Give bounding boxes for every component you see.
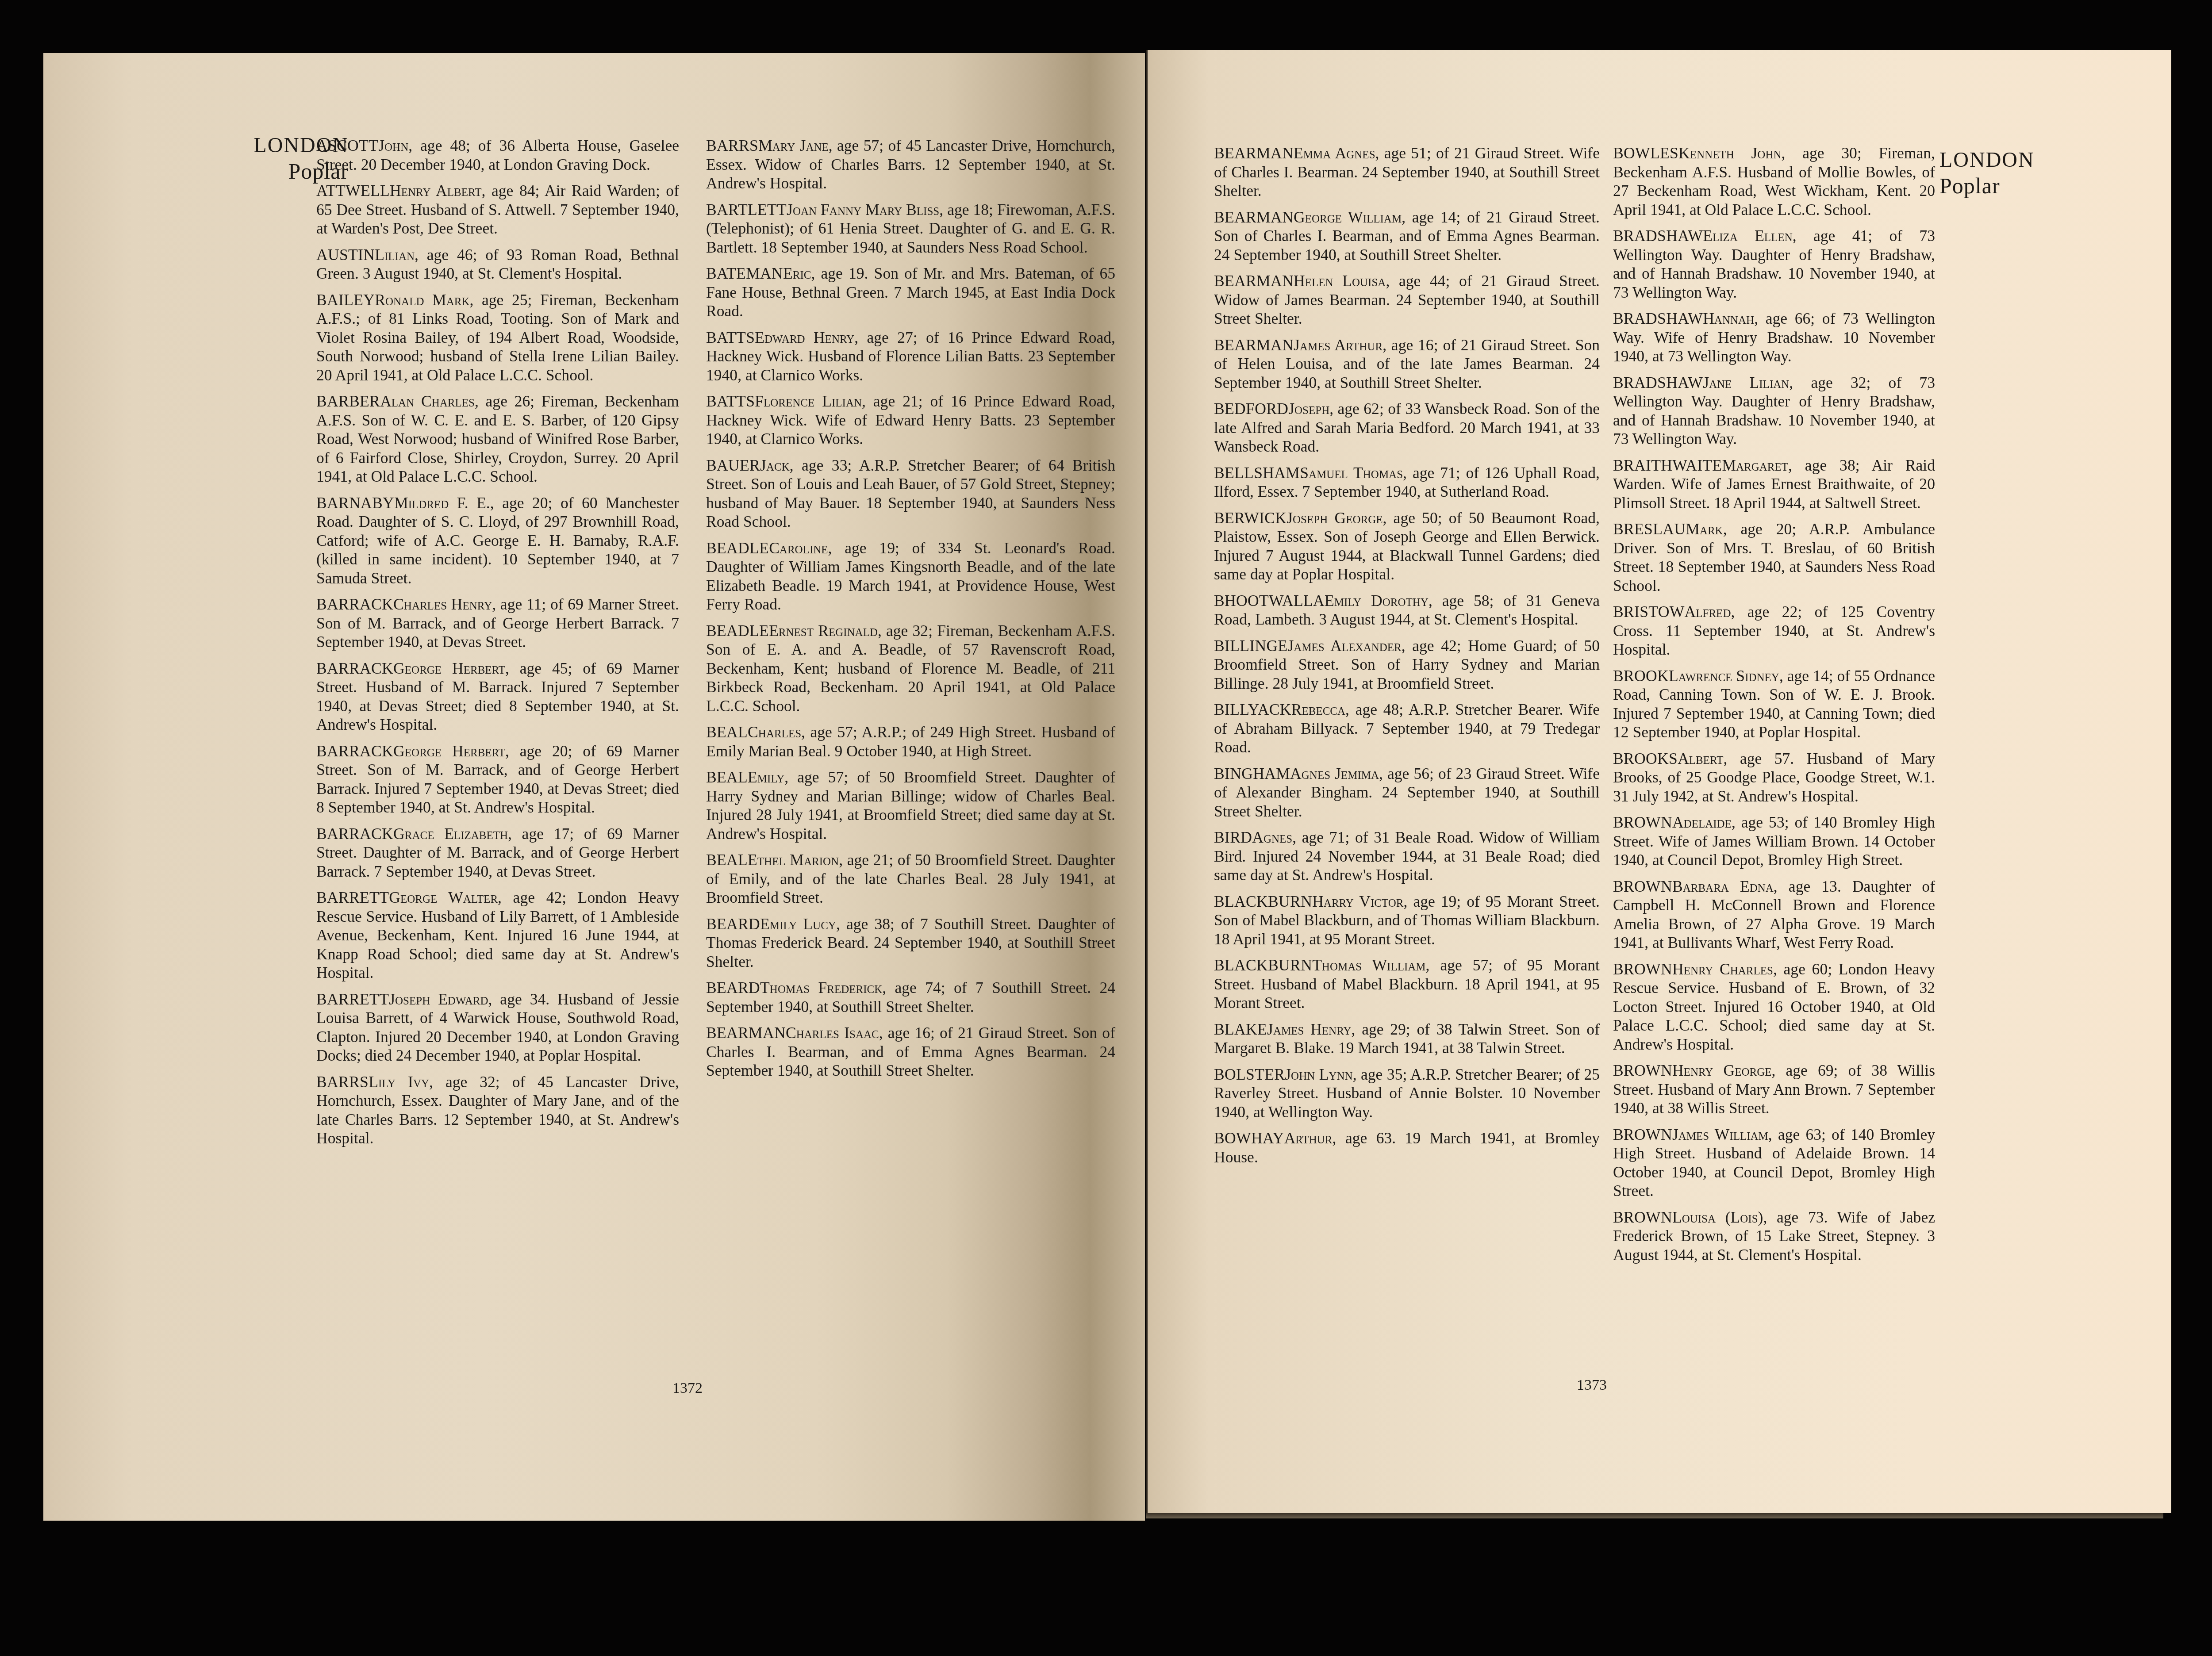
memorial-entry: BEALCharles, age 57; A.R.P.; of 249 High… [706,723,1115,760]
entry-surname: BARRETT [316,990,389,1008]
entry-surname: BARTLETT [706,201,787,218]
memorial-entry: BHOOTWALLAEmily Dorothy, age 58; of 31 G… [1214,591,1600,629]
entry-forenames: Helen Louisa [1294,272,1386,290]
entry-surname: AUSTIN [316,246,375,264]
entry-surname: BARRACK [316,825,393,843]
entry-forenames: Agnes Jemima [1290,765,1379,782]
entry-forenames: Charles Isaac [786,1024,879,1042]
entry-surname: BATTS [706,392,755,410]
memorial-entry: BEALEthel Marion, age 21; of 50 Broomfie… [706,851,1115,907]
entry-surname: BROOKS [1613,750,1678,767]
entry-surname: BILLINGE [1214,637,1287,655]
page-number: 1372 [672,1380,703,1397]
entry-surname: BEARMAN [1214,208,1294,226]
entry-surname: BLAKE [1214,1020,1267,1038]
entry-forenames: Edward Henry [755,329,854,346]
entry-forenames: James Henry [1267,1020,1351,1038]
entry-surname: ATTWELL [316,182,390,199]
left-page-column-1: ASCOTTJohn, age 48; of 36 Alberta House,… [316,136,679,1155]
memorial-entry: BARRACKGeorge Herbert, age 20; of 69 Mar… [316,742,679,817]
page-number: 1373 [1577,1377,1607,1394]
memorial-entry: BATTSEdward Henry, age 27; of 16 Prince … [706,328,1115,385]
entry-surname: BRAITHWAITE [1613,456,1722,474]
entry-forenames: Barbara Edna [1672,878,1774,895]
memorial-entry: BEALEmily, age 57; of 50 Broomfield Stre… [706,768,1115,843]
entry-surname: BARRACK [316,742,393,760]
memorial-entry: BARRETTJoseph Edward, age 34. Husband of… [316,990,679,1065]
memorial-entry: BLACKBURNHarry Victor, age 19; of 95 Mor… [1214,892,1600,949]
entry-forenames: Lily Ivy [369,1073,429,1091]
entry-surname: BRISTOW [1613,603,1685,621]
right-page-column-2: BOWLESKenneth John, age 30; Fireman, Bec… [1613,144,1935,1272]
memorial-entry: ATTWELLHenry Albert, age 84; Air Raid Wa… [316,181,679,238]
entry-surname: BROWN [1613,813,1672,831]
memorial-entry: BOWHAYArthur, age 63. 19 March 1941, at … [1214,1129,1600,1166]
memorial-entry: BRADSHAWEliza Ellen, age 41; of 73 Welli… [1613,226,1935,302]
memorial-entry: BROWNLouisa (Lois), age 73. Wife of Jabe… [1613,1208,1935,1265]
memorial-entry: BEARMANJames Arthur, age 16; of 21 Girau… [1214,336,1600,392]
memorial-entry: BEDFORDJoseph, age 62; of 33 Wansbeck Ro… [1214,399,1600,456]
entry-forenames: Emily Dorothy [1325,592,1429,609]
entry-forenames: Ernest Reginald [769,622,878,640]
entry-surname: BRESLAU [1613,520,1686,538]
memorial-entry: BROWNHenry Charles, age 60; London Heavy… [1613,960,1935,1054]
entry-surname: BHOOTWALLA [1214,592,1325,609]
entry-forenames: Lawrence Sidney [1669,667,1779,685]
entry-surname: BEARMAN [1214,272,1294,290]
memorial-entry: BROWNJames William, age 63; of 140 Broml… [1613,1125,1935,1200]
entry-forenames: John Lynn [1285,1066,1352,1083]
entry-surname: BEARD [706,979,760,997]
entry-forenames: James William [1672,1126,1768,1143]
entry-surname: BROWN [1613,878,1672,895]
entry-surname: BATEMAN [706,264,783,282]
entry-surname: BOWLES [1613,144,1678,162]
entry-forenames: Charles [748,723,801,741]
entry-forenames: Thomas Frederick [760,979,882,997]
memorial-entry: BEARMANGeorge William, age 14; of 21 Gir… [1214,208,1600,264]
entry-surname: BROOK [1613,667,1669,685]
entry-forenames: Joseph George [1286,509,1382,527]
entry-forenames: Lilian [375,246,415,264]
entry-forenames: Alfred [1685,603,1731,621]
entry-forenames: Mark [1686,520,1723,538]
memorial-entry: BARRSMary Jane, age 57; of 45 Lancaster … [706,136,1115,193]
memorial-entry: BROWNBarbara Edna, age 13. Daughter of C… [1613,877,1935,952]
entry-surname: BRADSHAW [1613,374,1703,391]
memorial-entry: BOWLESKenneth John, age 30; Fireman, Bec… [1613,144,1935,219]
memorial-entry: BERWICKJoseph George, age 50; of 50 Beau… [1214,509,1600,584]
entry-forenames: Arthur [1284,1129,1333,1147]
entry-surname: BROWN [1613,1062,1672,1079]
entry-surname: BELLSHAM [1214,464,1300,482]
memorial-entry: BARRSLily Ivy, age 32; of 45 Lancaster D… [316,1073,679,1148]
memorial-entry: BARRACKCharles Henry, age 11; of 69 Marn… [316,595,679,652]
entry-forenames: Henry Charles [1672,960,1773,978]
memorial-entry: BRADSHAWHannah, age 66; of 73 Wellington… [1613,309,1935,366]
entry-surname: BEADLE [706,539,769,557]
entry-surname: BEARMAN [1214,144,1294,162]
entry-forenames: Henry George [1672,1062,1772,1079]
entry-forenames: Harry Victor [1312,893,1403,910]
entry-forenames: Emma Agnes [1294,144,1375,162]
entry-surname: BARBER [316,392,380,410]
entry-forenames: Alan Charles [380,392,475,410]
memorial-entry: BRESLAUMark, age 20; A.R.P. Ambulance Dr… [1613,520,1935,595]
entry-forenames: Louisa (Lois) [1672,1208,1763,1226]
entry-surname: BOWHAY [1214,1129,1284,1147]
entry-surname: BARRS [316,1073,369,1091]
memorial-entry: BAUERJack, age 33; A.R.P. Stretcher Bear… [706,456,1115,531]
memorial-entry: BILLINGEJames Alexander, age 42; Home Gu… [1214,636,1600,693]
entry-forenames: James Alexander [1287,637,1401,655]
entry-surname: BROWN [1613,960,1672,978]
entry-surname: BLACKBURN [1214,893,1312,910]
entry-forenames: Adelaide [1672,813,1732,831]
memorial-entry: BILLYACKRebecca, age 48; A.R.P. Stretche… [1214,700,1600,757]
entry-surname: BROWN [1613,1208,1672,1226]
memorial-entry: BROWNHenry George, age 69; of 38 Willis … [1613,1061,1935,1118]
memorial-entry: BARTLETTJoan Fanny Mary Bliss, age 18; F… [706,200,1115,257]
region-label: LONDON [1939,147,2090,173]
memorial-entry: BEARDEmily Lucy, age 38; of 7 Southill S… [706,915,1115,971]
entry-forenames: Florence Lilian [755,392,862,410]
memorial-entry: BEARMANEmma Agnes, age 51; of 21 Giraud … [1214,144,1600,200]
entry-forenames: Samuel Thomas [1300,464,1403,482]
right-margin-heading: LONDON Poplar [1939,147,2090,199]
entry-forenames: James Arthur [1294,336,1382,354]
entry-surname: BARNABY [316,494,394,512]
entry-forenames: George Herbert [393,659,505,677]
entry-surname: BLACKBURN [1214,956,1312,974]
memorial-entry: BARRETTGeorge Walter, age 42; London Hea… [316,888,679,982]
entry-surname: BOLSTER [1214,1066,1285,1083]
entry-forenames: Eliza Ellen [1703,227,1793,245]
entry-surname: BAILEY [316,291,375,309]
entry-forenames: George William [1294,208,1402,226]
right-page-column-1: BEARMANEmma Agnes, age 51; of 21 Giraud … [1214,144,1600,1174]
right-page: BEARMANEmma Agnes, age 51; of 21 Giraud … [1146,50,2171,1513]
entry-forenames: Mildred F. E. [394,494,490,512]
entry-forenames: Joseph Edward [389,990,488,1008]
memorial-entry: BATTSFlorence Lilian, age 21; of 16 Prin… [706,392,1115,448]
entry-surname: BATTS [706,329,755,346]
entry-surname: BEARMAN [1214,336,1294,354]
entry-forenames: Thomas William [1312,956,1425,974]
entry-forenames: Emily Lucy [760,915,836,933]
entry-surname: BINGHAM [1214,765,1290,782]
entry-surname: BEDFORD [1214,400,1288,418]
entry-forenames: Grace Elizabeth [393,825,508,843]
memorial-entry: BATEMANEric, age 19. Son of Mr. and Mrs.… [706,264,1115,321]
entry-forenames: Charles Henry [393,595,492,613]
memorial-entry: BINGHAMAgnes Jemima, age 56; of 23 Girau… [1214,764,1600,821]
memorial-entry: BOLSTERJohn Lynn, age 35; A.R.P. Stretch… [1214,1065,1600,1122]
entry-surname: BEAL [706,851,748,869]
entry-forenames: John [378,137,408,154]
entry-surname: BAUER [706,456,760,474]
memorial-entry: BROOKSAlbert, age 57. Husband of Mary Br… [1613,749,1935,806]
memorial-entry: BELLSHAMSamuel Thomas, age 71; of 126 Up… [1214,464,1600,501]
memorial-entry: BEADLEErnest Reginald, age 32; Fireman, … [706,621,1115,716]
entry-forenames: Mary Jane [758,137,829,154]
memorial-entry: BEARDThomas Frederick, age 74; of 7 Sout… [706,978,1115,1016]
memorial-entry: BARRACKGeorge Herbert, age 45; of 69 Mar… [316,659,679,734]
memorial-entry: BRAITHWAITEMargaret, age 38; Air Raid Wa… [1613,456,1935,513]
entry-forenames: Ethel Marion [748,851,839,869]
entry-forenames: Hannah [1703,310,1754,327]
entry-forenames: George Herbert [393,742,505,760]
entry-surname: ASCOTT [316,137,378,154]
entry-surname: BEADLE [706,622,769,640]
entry-forenames: Caroline [769,539,828,557]
entry-forenames: Joseph [1288,400,1329,418]
entry-forenames: Jack [760,456,790,474]
entry-surname: BERWICK [1214,509,1286,527]
entry-forenames: Eric [783,264,811,282]
left-page-column-2: BARRSMary Jane, age 57; of 45 Lancaster … [706,136,1115,1088]
memorial-entry: BARBERAlan Charles, age 26; Fireman, Bec… [316,392,679,486]
memorial-entry: BROOKLawrence Sidney, age 14; of 55 Ordn… [1613,667,1935,742]
memorial-entry: BEARMANHelen Louisa, age 44; of 21 Girau… [1214,272,1600,328]
memorial-entry: BRADSHAWJane Lilian, age 32; of 73 Welli… [1613,373,1935,448]
left-page: LONDON Poplar ASCOTTJohn, age 48; of 36 … [43,53,1145,1521]
entry-forenames: Albert [1678,750,1723,767]
memorial-entry: BLACKBURNThomas William, age 57; of 95 M… [1214,956,1600,1012]
entry-surname: BRADSHAW [1613,310,1703,327]
entry-surname: BARRS [706,137,758,154]
entry-surname: BEARMAN [706,1024,786,1042]
entry-forenames: Henry Albert [390,182,481,199]
memorial-entry: BRISTOWAlfred, age 22; of 125 Coventry C… [1613,602,1935,659]
entry-forenames: George Walter [389,889,498,906]
entry-forenames: Agnes [1252,828,1292,846]
memorial-entry: ASCOTTJohn, age 48; of 36 Alberta House,… [316,136,679,174]
memorial-entry: BAILEYRonald Mark, age 25; Fireman, Beck… [316,291,679,385]
entry-surname: BARRACK [316,595,393,613]
entry-surname: BEAL [706,723,748,741]
memorial-entry: BIRDAgnes, age 71; of 31 Beale Road. Wid… [1214,828,1600,885]
page-stack-edge [1146,1513,2163,1518]
entry-forenames: Jane Lilian [1703,374,1789,391]
entry-surname: BROWN [1613,1126,1672,1143]
memorial-entry: AUSTINLilian, age 46; of 93 Roman Road, … [316,245,679,283]
entry-surname: BEARD [706,915,760,933]
memorial-entry: BARNABYMildred F. E., age 20; of 60 Manc… [316,494,679,588]
entry-forenames: Margaret [1722,456,1788,474]
memorial-entry: BROWNAdelaide, age 53; of 140 Bromley Hi… [1613,813,1935,870]
entry-forenames: Ronald Mark [375,291,469,309]
entry-surname: BARRACK [316,659,393,677]
entry-surname: BRADSHAW [1613,227,1703,245]
entry-forenames: Emily [748,768,784,786]
entry-forenames: Rebecca [1291,701,1345,718]
entry-surname: BIRD [1214,828,1252,846]
district-label: Poplar [1939,173,2090,199]
memorial-entry: BEARMANCharles Isaac, age 16; of 21 Gira… [706,1023,1115,1080]
memorial-entry: BARRACKGrace Elizabeth, age 17; of 69 Ma… [316,824,679,881]
memorial-entry: BLAKEJames Henry, age 29; of 38 Talwin S… [1214,1020,1600,1058]
entry-forenames: Joan Fanny Mary Bliss [787,201,939,218]
memorial-entry: BEADLECaroline, age 19; of 334 St. Leona… [706,539,1115,614]
entry-surname: BEAL [706,768,748,786]
entry-surname: BARRETT [316,889,389,906]
entry-surname: BILLYACK [1214,701,1291,718]
entry-forenames: Kenneth John [1678,144,1781,162]
